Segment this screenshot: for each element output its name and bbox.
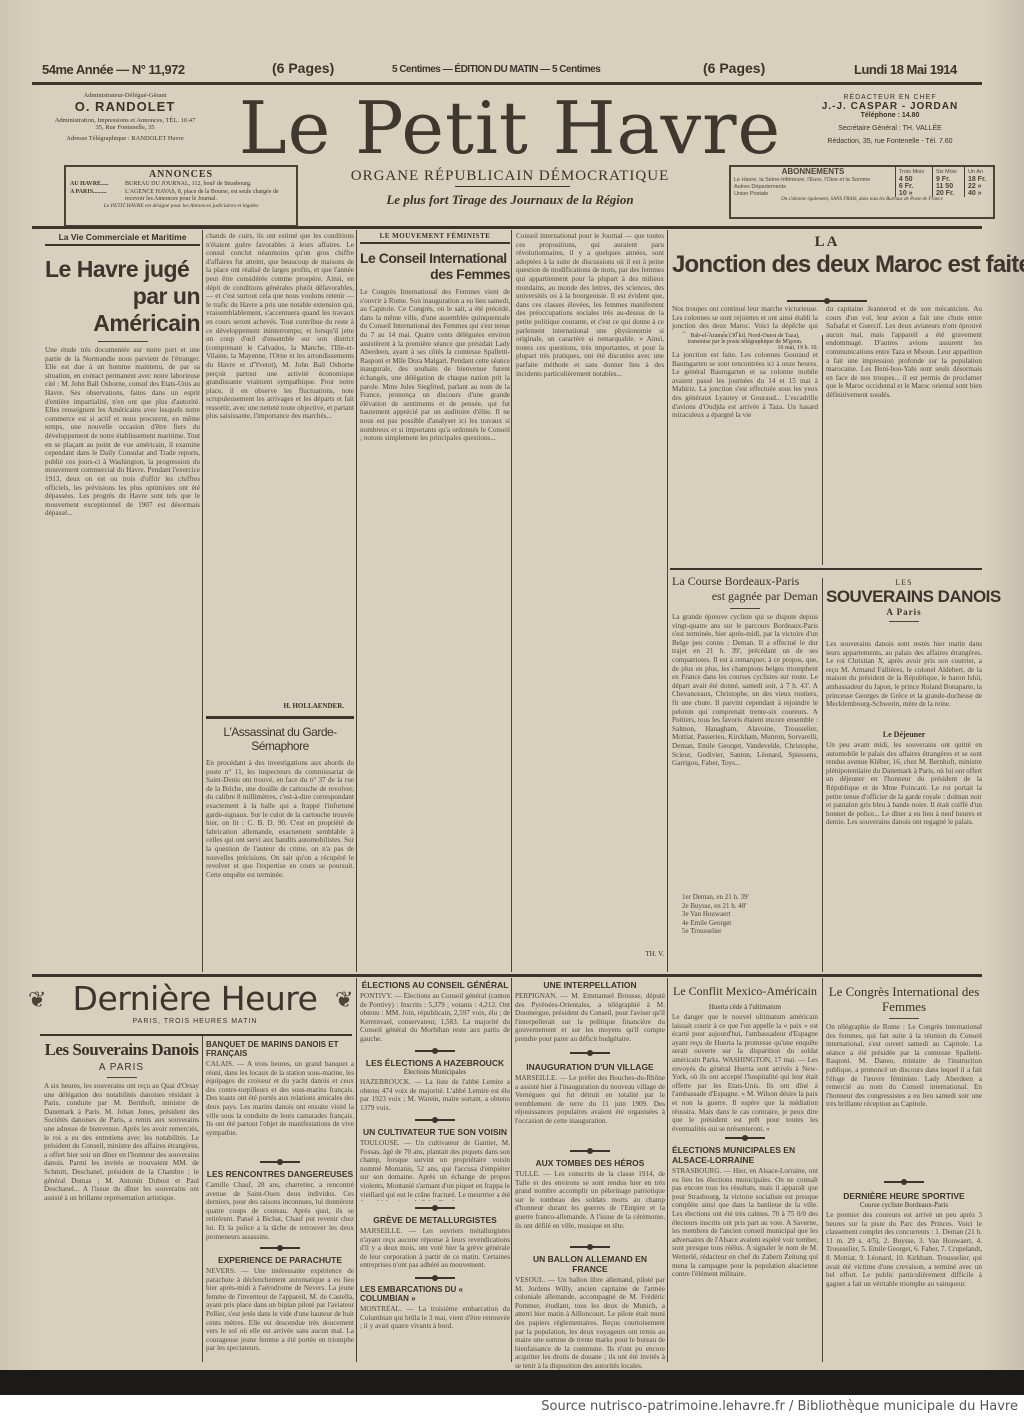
news-item-body: Camille Chauf, 28 ans, charretier, a ren… xyxy=(206,1181,354,1241)
editor-name: J.-J. CASPAR - JORDAN xyxy=(790,101,990,112)
separator xyxy=(107,1077,137,1078)
news-item-subtitle: Huerta cède à l'ultimatum xyxy=(672,1003,818,1011)
section-rule-derniere-heure xyxy=(32,974,982,977)
article-kicker: LA xyxy=(672,234,982,251)
dh-column-2: BANQUET DE MARINS DANOIS ET FRANÇAIS CAL… xyxy=(206,1040,354,1362)
news-item-title: DERNIÈRE HEURE SPORTIVE xyxy=(826,1191,982,1201)
article-havre: La Vie Commerciale et Maritime Le Havre … xyxy=(45,232,200,976)
article-maroc-header: LA Jonction des deux Maroc est faite xyxy=(672,234,982,279)
header-rule xyxy=(40,1034,352,1036)
news-item-body: MARSEILLE. — Les ouvriers métallurgistes… xyxy=(360,1227,510,1271)
article-rubric: La Vie Commerciale et Maritime xyxy=(45,232,200,246)
separator xyxy=(98,341,148,342)
result-item: 1er Deman, en 21 h. 39' xyxy=(682,893,818,902)
article-subtitle: A PARIS xyxy=(44,1062,199,1073)
derniere-heure-title: Dernière Heure xyxy=(40,980,350,1018)
news-item-title: BANQUET DE MARINS DANOIS ET FRANÇAIS xyxy=(206,1040,354,1058)
ornament-divider xyxy=(787,300,867,302)
annonces-box: ANNONCES AU HAVRE..... BUREAU DU JOURNAL… xyxy=(64,165,298,227)
news-item-body: TOULOUSE. — Un cultivateur de Gantier, M… xyxy=(360,1139,510,1201)
news-item-body: On télégraphie de Rome : Le Congrès inte… xyxy=(826,1023,982,1173)
dh-column-6: Le Congrès International des Femmes On t… xyxy=(826,984,982,1316)
editor-role: RÉDACTEUR EN CHEF xyxy=(790,94,990,101)
article-title: Le Conseil International xyxy=(360,250,510,266)
edition-line: 5 Centimes — ÉDITION DU MATIN — 5 Centim… xyxy=(392,64,600,75)
article-maroc-cont: du capitaine Jeannerod et de son mécanic… xyxy=(826,305,982,565)
newspaper-subtitle: ORGANE RÉPUBLICAIN DÉMOCRATIQUE xyxy=(300,168,720,185)
secretary: Secrétaire Général : TH. VALLÉE xyxy=(790,125,990,132)
news-item-title: Le Congrès International des Femmes xyxy=(826,984,982,1014)
article-title: SOUVERAINS DANOIS xyxy=(826,587,982,607)
news-item-body: CALAIS. — A trois heures, un grand banqu… xyxy=(206,1060,354,1155)
news-item-body: Le premier des coureurs est arrivé un pe… xyxy=(826,1211,982,1316)
ornament-divider xyxy=(570,1246,610,1248)
news-item-title: LES EMBARCATIONS DU « COLUMBIAN » xyxy=(360,1285,510,1303)
article-body: chands de cuirs, ils ont estimé que les … xyxy=(206,232,354,702)
article-title: Le Havre jugé xyxy=(45,256,200,283)
column-rule xyxy=(511,230,512,972)
article-subhead: Le Déjeuner xyxy=(826,730,982,739)
news-item-body: PERPIGNAN. — M. Emmanuel Brousse, député… xyxy=(515,992,665,1044)
newspaper-page: 54me Année — N° 11,972 (6 Pages) 5 Centi… xyxy=(0,0,1024,1395)
article-title: La Course Bordeaux-Paris xyxy=(672,574,818,589)
admin-block: Administrateur-Délégué-Gérant O. RANDOLE… xyxy=(40,92,210,142)
result-item: 4e Emile Georget xyxy=(682,919,818,928)
ornament-divider xyxy=(570,1052,610,1054)
news-item-body: NEVERS. — Une intéressante expérience de… xyxy=(206,1267,354,1362)
scan-bottom-edge xyxy=(0,1370,1024,1395)
newspaper-tagline: Le plus fort Tirage des Journaux de la R… xyxy=(300,192,720,208)
ornament-divider xyxy=(415,1119,455,1121)
annonces-title: ANNONCES xyxy=(66,169,296,180)
column-rule xyxy=(202,230,203,972)
admin-telegraph: Adresse Télégraphique : RANDOLET Havre xyxy=(40,135,210,142)
separator xyxy=(889,621,919,622)
article-signature: TH. V. xyxy=(516,950,664,958)
article-maroc: Nos troupes ont continué leur marche vic… xyxy=(672,305,818,563)
news-item-title: LES ÉLECTIONS A HAZEBROUCK xyxy=(360,1058,510,1068)
subtitle-rule xyxy=(455,186,570,187)
article-body: Nos troupes ont continué leur marche vic… xyxy=(672,305,818,333)
column-rule xyxy=(356,230,357,972)
section-rule xyxy=(670,568,982,570)
article-title: Les Souverains Danois xyxy=(44,1040,199,1060)
article-body: du capitaine Jeannerod et de son mécanic… xyxy=(826,305,982,565)
ornament-divider xyxy=(415,1207,455,1209)
result-item: 2e Buysse, en 21 h. 48' xyxy=(682,902,818,911)
column-rule xyxy=(822,335,823,565)
ornament-divider xyxy=(725,1137,765,1139)
separator xyxy=(730,608,760,609)
abonnement-row: Autres Départements 6 Fr. 11 50 22 » xyxy=(731,183,993,190)
article-feministe: LE MOUVEMENT FÉMINISTE Le Conseil Intern… xyxy=(360,232,510,968)
redaction-address: Rédaction, 35, rue Fontenelle - Tél. 7.6… xyxy=(790,138,990,145)
article-title: L'Assassinat du Garde-Sémaphore xyxy=(206,725,354,753)
article-havre-cont: chands de cuirs, ils ont estimé que les … xyxy=(206,232,354,994)
column-rule xyxy=(511,978,512,1362)
pages-count-left: (6 Pages) xyxy=(272,60,334,76)
dh-column-5: Le Conflit Mexico-Américain Huerta cède … xyxy=(672,984,818,1327)
ornament-divider xyxy=(415,1277,455,1279)
news-item-title: EXPERIENCE DE PARACHUTE xyxy=(206,1255,354,1265)
news-item-subtitle: Élections Municipales xyxy=(360,1068,510,1076)
annonces-row: AU HAVRE..... BUREAU DU JOURNAL, 112, bo… xyxy=(66,180,296,188)
article-body: Conseil international pour le Journal — … xyxy=(516,232,664,950)
abonnements-table: ABONNEMENTS Trois Mois Six Mois Un An Le… xyxy=(731,167,993,197)
article-souverains: Les souverains danois sont restés hier m… xyxy=(826,640,982,969)
source-credit: Source nutrisco-patrimoine.lehavre.fr / … xyxy=(541,1399,1018,1414)
issue-number: 54me Année — N° 11,972 xyxy=(42,62,185,77)
news-item-body: HAZEBROUCK. — La liste de l'abbé Lemire … xyxy=(360,1078,510,1113)
masthead-bottom-rule xyxy=(32,226,982,229)
dh-column-3: ÉLECTIONS AU CONSEIL GÉNÉRAL PONTIVY. — … xyxy=(360,980,510,1331)
ornament-divider xyxy=(570,1150,610,1152)
article-souverains-header: LES SOUVERAINS DANOIS A Paris xyxy=(826,578,982,626)
column-rule xyxy=(667,230,668,972)
result-item: 5e Trousselier xyxy=(682,927,818,936)
news-item-body: MARSEILLE. — Le préfet des Bouches-du-Rh… xyxy=(515,1074,665,1144)
news-item-title: LES RENCONTRES DANGEREUSES xyxy=(206,1169,354,1179)
ornament-divider xyxy=(260,1161,300,1163)
news-item-title: UNE INTERPELLATION xyxy=(515,980,665,990)
news-item-title: INAUGURATION D'UN VILLAGE xyxy=(515,1062,665,1072)
abonnement-row: Le Havre, la Seine-Inférieure, l'Eure, l… xyxy=(731,176,993,183)
article-body: La grande épreuve cycliste qui se disput… xyxy=(672,613,818,893)
admin-name: O. RANDOLET xyxy=(40,99,210,114)
news-item-subtitle: Course cycliste Bordeaux-Paris xyxy=(826,1201,982,1209)
news-item-title: UN CULTIVATEUR TUE SON VOISIN xyxy=(360,1127,510,1137)
article-body: En procédant à des investigations aux ab… xyxy=(206,759,354,994)
separator xyxy=(889,1018,919,1019)
article-divider xyxy=(206,716,354,719)
article-title: Jonction des deux Maroc est faite xyxy=(672,251,982,279)
admin-line2: 35, Rue Fontenelle, 35 xyxy=(40,124,210,131)
annonces-note: Le PETIT HAVRE est désigné pour les Anno… xyxy=(66,203,296,209)
article-title: est gagnée par Deman xyxy=(672,589,818,604)
article-title: des Femmes xyxy=(360,266,510,282)
news-item-title: ÉLECTIONS MUNICIPALES EN ALSACE-LORRAINE xyxy=(672,1145,818,1165)
column-rule xyxy=(822,978,823,1362)
redaction-block: RÉDACTEUR EN CHEF J.-J. CASPAR - JORDAN … xyxy=(790,94,990,145)
news-item-body: TULLE. — Les conscrits de la classe 1914… xyxy=(515,1170,665,1240)
pages-count-right: (6 Pages) xyxy=(703,60,765,76)
derniere-heure-header: Dernière Heure PARIS, TROIS HEURES MATIN xyxy=(40,980,350,1025)
article-body: Les souverains danois sont restés hier m… xyxy=(826,640,982,728)
article-signature: H. HOLLAENDER. xyxy=(206,702,354,710)
admin-role: Administrateur-Délégué-Gérant xyxy=(40,92,210,99)
article-body: A six heures, les souverains ont reçu au… xyxy=(44,1082,199,1354)
column-rule xyxy=(356,978,357,1362)
article-body: La jonction est faite. Les colonnes Gour… xyxy=(672,351,818,563)
column-rule xyxy=(202,1036,203,1362)
annonces-row: A PARIS......... L'AGENCE HAVAS, 8, plac… xyxy=(66,188,296,203)
results-list: 1er Deman, en 21 h. 39' 2e Buysse, en 21… xyxy=(672,893,818,936)
ornament-divider xyxy=(415,1050,455,1052)
abonnements-box: ABONNEMENTS Trois Mois Six Mois Un An Le… xyxy=(729,165,995,219)
laurel-right-icon: ❦ xyxy=(335,985,349,1015)
news-item-title: ÉLECTIONS AU CONSEIL GÉNÉRAL xyxy=(360,980,510,990)
dispatch-origin: Bab-el-Arameu (30 kil. Nord-Ouest de Taz… xyxy=(672,333,818,345)
news-item-body: STRASBOURG. — Hier, en Alsace-Lorraine, … xyxy=(672,1167,818,1327)
column-rule xyxy=(822,578,823,972)
ornament-divider xyxy=(260,1247,300,1249)
news-item-body: Le danger que le nouvel ultimatum améric… xyxy=(672,1013,818,1131)
article-body: Un peu avant midi, les souverains ont qu… xyxy=(826,741,982,969)
top-rule xyxy=(32,82,982,85)
news-item-title: Le Conflit Mexico-Américain xyxy=(672,984,818,999)
article-rubric: LE MOUVEMENT FÉMINISTE xyxy=(360,232,510,244)
news-item-body: PONTIVY. — Élections au Conseil général … xyxy=(360,992,510,1044)
news-item-body: MONTRÉAL. — La troisième embarcation du … xyxy=(360,1305,510,1331)
dh-column-4: UNE INTERPELLATION PERPIGNAN. — M. Emman… xyxy=(515,980,665,1371)
news-item-title: AUX TOMBES DES HÉROS xyxy=(515,1158,665,1168)
article-bordeaux-paris: La Course Bordeaux-Paris est gagnée par … xyxy=(672,574,818,936)
dh-souverains: Les Souverains Danois A PARIS A six heur… xyxy=(44,1040,199,1354)
article-kicker: LES xyxy=(826,578,982,587)
article-feministe-cont: Conseil international pour le Journal — … xyxy=(516,232,664,958)
ornament-divider xyxy=(884,1181,924,1183)
article-body: Le Congrès International des Femmes vien… xyxy=(360,288,510,968)
news-item-title: UN BALLON ALLEMAND EN FRANCE xyxy=(515,1254,665,1274)
editor-phone: Téléphone : 14.80 xyxy=(790,112,990,119)
laurel-left-icon: ❦ xyxy=(28,985,42,1015)
newspaper-title: Le Petit Havre xyxy=(210,88,810,168)
news-item-body: VESOUL. — Un ballon libre allemand, pilo… xyxy=(515,1276,665,1371)
column-rule xyxy=(667,978,668,1362)
result-item: 3e Van Houwaert xyxy=(682,910,818,919)
abonnement-row: Union Postale 10 » 20 Fr. 40 » xyxy=(731,190,993,197)
issue-date: Lundi 18 Mai 1914 xyxy=(854,62,957,77)
abonnements-note: On s'abonne également, SANS FRAIS, dans … xyxy=(731,197,993,202)
news-item-title: GRÈVE DE METALLURGISTES xyxy=(360,1215,510,1225)
article-subtitle: A Paris xyxy=(826,607,982,617)
derniere-heure-subtitle: PARIS, TROIS HEURES MATIN xyxy=(40,1018,350,1025)
admin-line1: Administration, Impressions et Annonces,… xyxy=(40,117,210,124)
article-body: Une étude très documentée sur notre port… xyxy=(45,346,200,976)
article-title: par un Américain xyxy=(45,283,200,337)
